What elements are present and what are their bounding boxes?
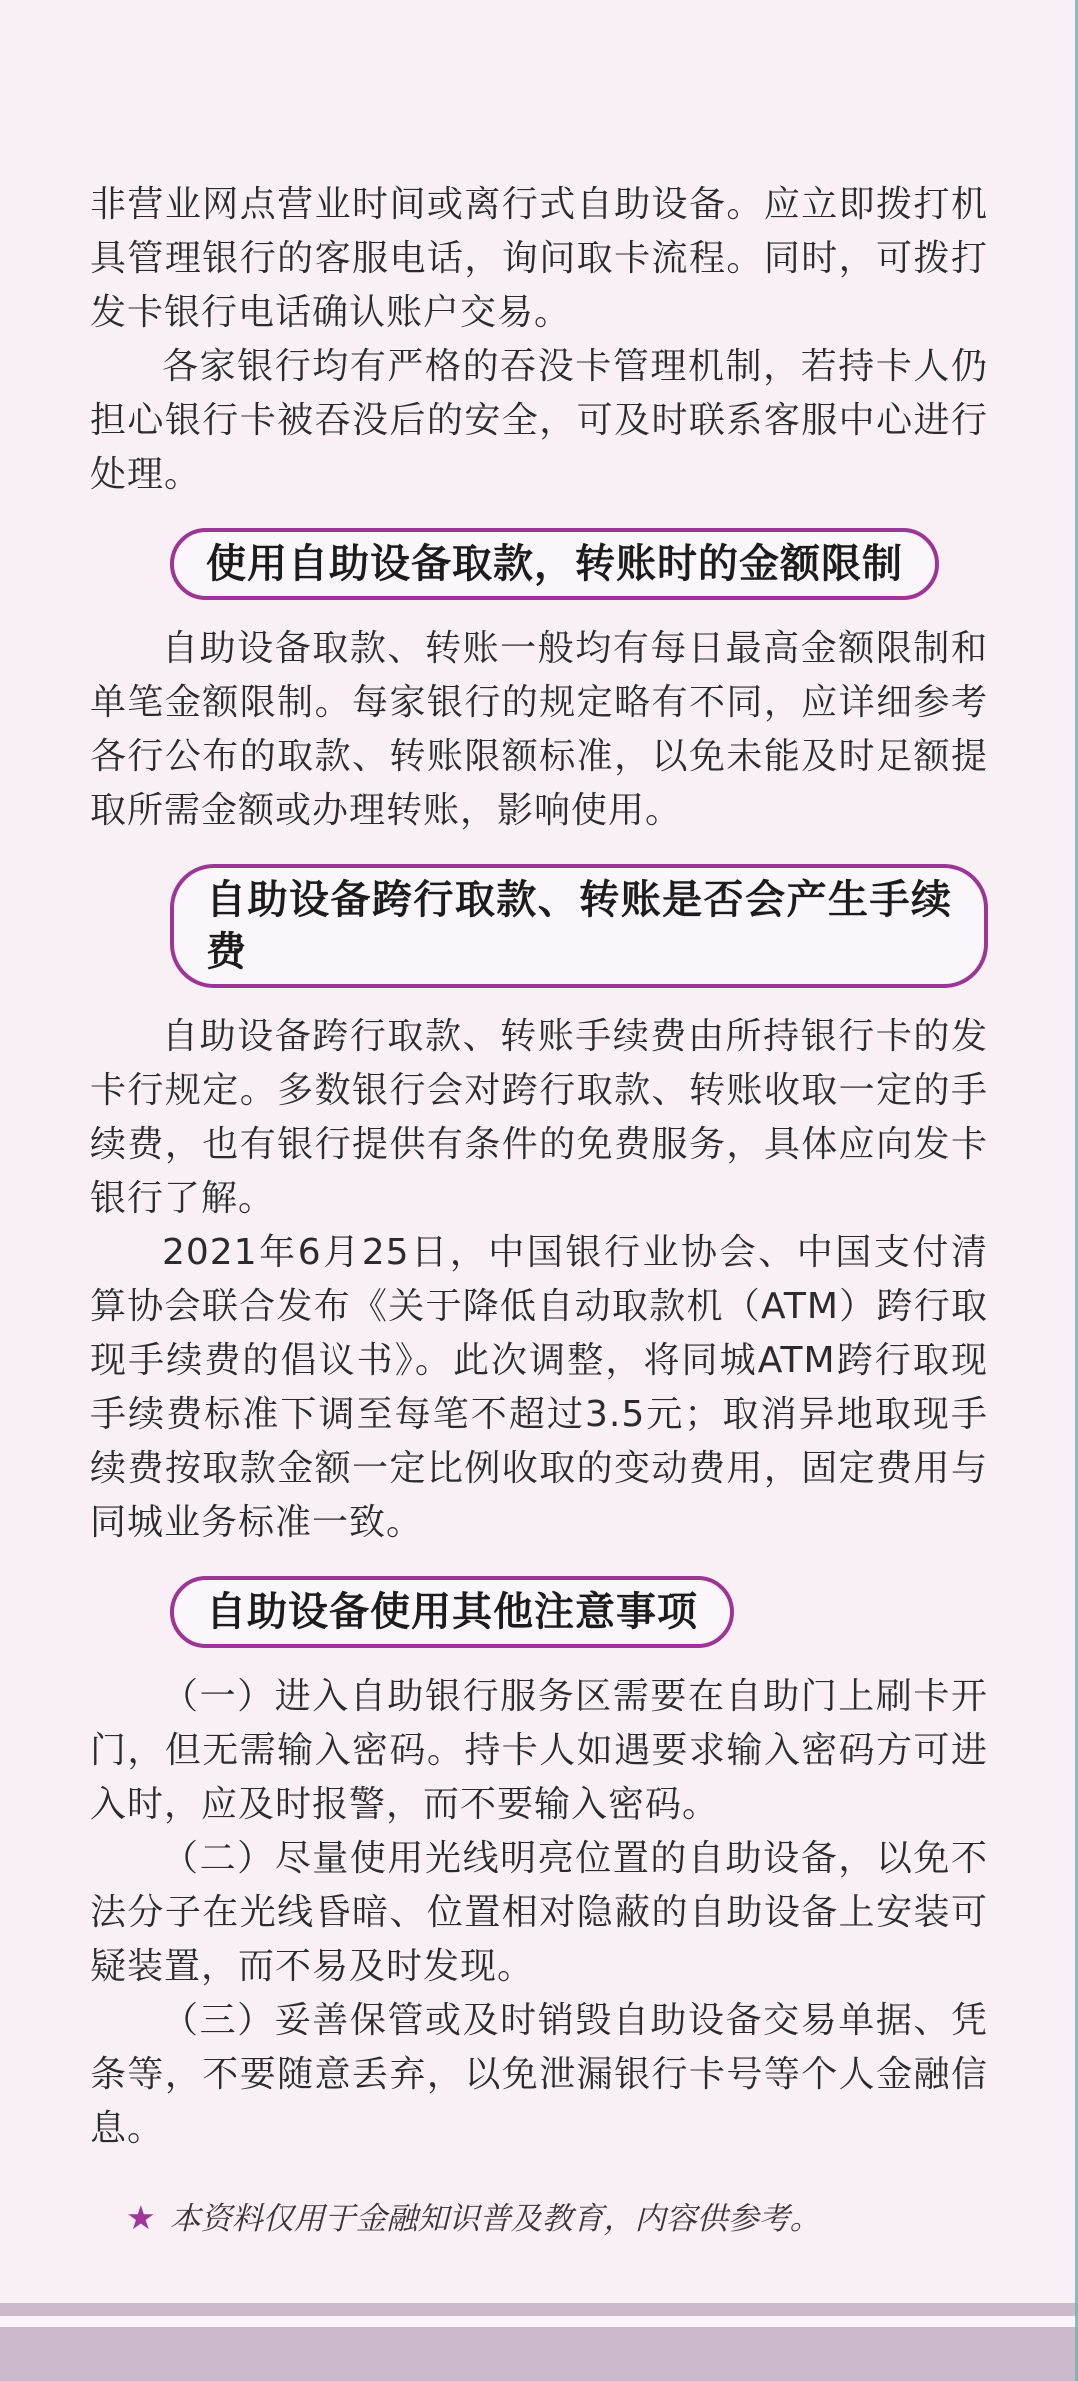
section-heading-pill-other-notes: 自助设备使用其他注意事项 — [170, 1576, 734, 1648]
bottom-band-thick — [0, 2327, 1078, 2381]
section-1-paragraph-1: 自助设备取款、转账一般均有每日最高金额限制和单笔金额限制。每家银行的规定略有不同… — [90, 622, 988, 838]
section-heading-pill-withdrawal-limits: 使用自助设备取款，转账时的金额限制 — [170, 528, 939, 600]
section-3-paragraph-2: （二）尽量使用光线明亮位置的自助设备，以免不法分子在光线昏暗、位置相对隐蔽的自助… — [90, 1832, 988, 1994]
section-3-paragraph-3: （三）妥善保管或及时销毁自助设备交易单据、凭条等，不要随意丢弃，以免泄漏银行卡号… — [90, 1994, 988, 2156]
section-heading-row-2: 自助设备跨行取款、转账是否会产生手续费 — [170, 864, 988, 988]
intro-paragraph-1: 非营业网点营业时间或离行式自助设备。应立即拨打机具管理银行的客服电话，询问取卡流… — [90, 178, 988, 340]
intro-paragraph-2: 各家银行均有严格的吞没卡管理机制，若持卡人仍担心银行卡被吞没后的安全，可及时联系… — [90, 340, 988, 502]
section-heading-row-3: 自助设备使用其他注意事项 — [170, 1576, 988, 1648]
brochure-page: 非营业网点营业时间或离行式自助设备。应立即拨打机具管理银行的客服电话，询问取卡流… — [0, 0, 1078, 2381]
section-heading-pill-interbank-fees: 自助设备跨行取款、转账是否会产生手续费 — [170, 864, 988, 988]
footnote-text: 本资料仅用于金融知识普及教育，内容供参考。 — [170, 2201, 821, 2237]
bottom-band-thin — [0, 2303, 1078, 2316]
section-2-paragraph-2: 2021年6月25日，中国银行业协会、中国支付清算协会联合发布《关于降低自动取款… — [90, 1226, 988, 1550]
section-2-paragraph-1: 自助设备跨行取款、转账手续费由所持银行卡的发卡行规定。多数银行会对跨行取款、转账… — [90, 1010, 988, 1226]
bottom-band-gap — [0, 2316, 1078, 2327]
section-heading-row-1: 使用自助设备取款，转账时的金额限制 — [170, 528, 988, 600]
footnote: ★本资料仅用于金融知识普及教育，内容供参考。 — [126, 2196, 1006, 2241]
page-content: 非营业网点营业时间或离行式自助设备。应立即拨打机具管理银行的客服电话，询问取卡流… — [90, 178, 988, 2156]
section-3-paragraph-1: （一）进入自助银行服务区需要在自助门上刷卡开门，但无需输入密码。持卡人如遇要求输… — [90, 1670, 988, 1832]
star-icon: ★ — [126, 2198, 156, 2237]
